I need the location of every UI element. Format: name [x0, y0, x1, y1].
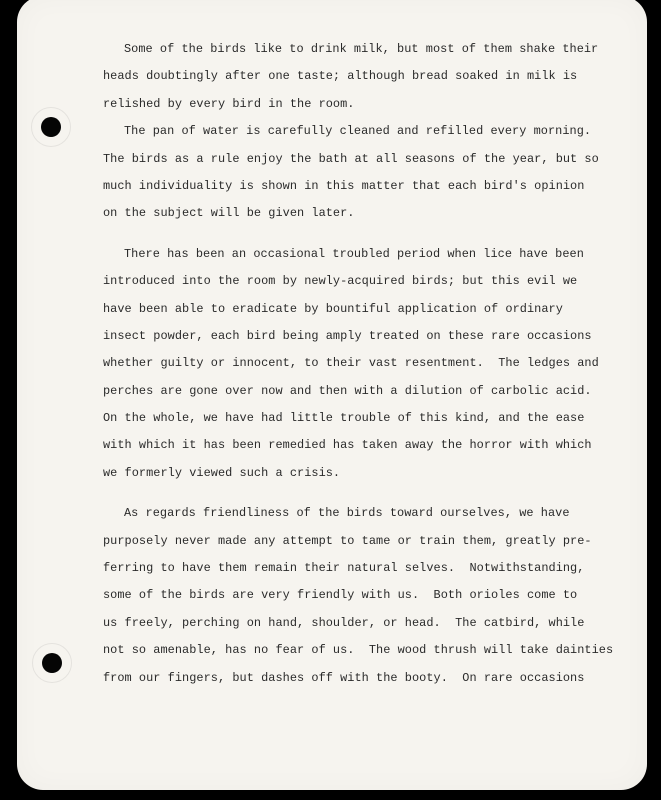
text-line: have been able to eradicate by bountiful… — [103, 300, 623, 327]
text-line: As regards friendliness of the birds tow… — [103, 504, 623, 531]
punch-hole-bottom — [42, 653, 62, 673]
document-body: Some of the birds like to drink milk, bu… — [103, 40, 623, 696]
paragraph-gap — [103, 232, 623, 245]
text-line: heads doubtingly after one taste; althou… — [103, 67, 623, 94]
text-line: On the whole, we have had little trouble… — [103, 409, 623, 436]
paragraph-gap — [103, 491, 623, 504]
text-line: purposely never made any attempt to tame… — [103, 532, 623, 559]
text-line: The birds as a rule enjoy the bath at al… — [103, 150, 623, 177]
text-line: from our fingers, but dashes off with th… — [103, 669, 623, 696]
text-line: we formerly viewed such a crisis. — [103, 464, 623, 491]
text-line: some of the birds are very friendly with… — [103, 586, 623, 613]
paragraph-friendliness: As regards friendliness of the birds tow… — [103, 504, 623, 696]
paragraph-milk: Some of the birds like to drink milk, bu… — [103, 40, 623, 122]
text-line: The pan of water is carefully cleaned an… — [103, 122, 623, 149]
text-line: much individuality is shown in this matt… — [103, 177, 623, 204]
text-line: with which it has been remedied has take… — [103, 436, 623, 463]
text-line: Some of the birds like to drink milk, bu… — [103, 40, 623, 67]
text-line: whether guilty or innocent, to their vas… — [103, 354, 623, 381]
text-line: not so amenable, has no fear of us. The … — [103, 641, 623, 668]
text-line: us freely, perching on hand, shoulder, o… — [103, 614, 623, 641]
text-line: relished by every bird in the room. — [103, 95, 623, 122]
text-line: perches are gone over now and then with … — [103, 382, 623, 409]
punch-hole-top — [41, 117, 61, 137]
paragraph-water-bath: The pan of water is carefully cleaned an… — [103, 122, 623, 232]
text-line: There has been an occasional troubled pe… — [103, 245, 623, 272]
text-line: insect powder, each bird being amply tre… — [103, 327, 623, 354]
text-line: on the subject will be given later. — [103, 204, 623, 231]
text-line: ferring to have them remain their natura… — [103, 559, 623, 586]
text-line: introduced into the room by newly-acquir… — [103, 272, 623, 299]
paragraph-lice: There has been an occasional troubled pe… — [103, 245, 623, 492]
